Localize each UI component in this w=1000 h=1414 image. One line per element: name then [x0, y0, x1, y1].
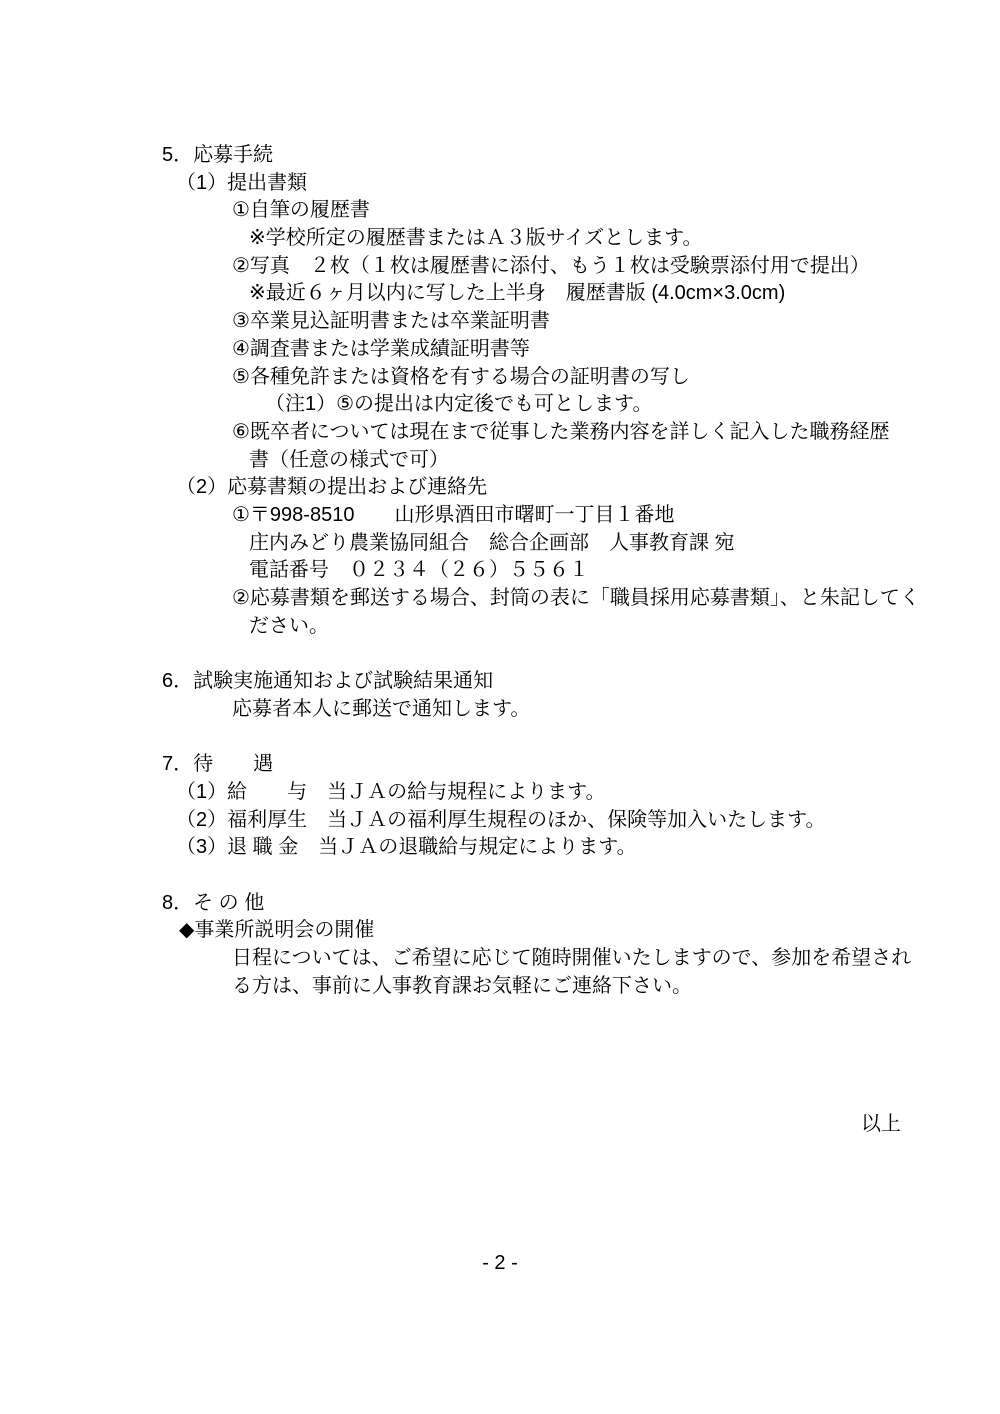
contact-phone-line: 電話番号 ０２３４（２６）５５６１: [0, 557, 1000, 585]
contact-address-line-1: ①〒998-8510 山形県酒田市曙町一丁目１番地: [0, 502, 1000, 530]
section8-heading: 8．そ の 他: [0, 890, 1000, 918]
contact-address-line-2: 庄内みどり農業協同組合 総合企画部 人事教育課 宛: [0, 530, 1000, 558]
submission-doc-item-1: ①自筆の履歴書: [0, 197, 1000, 225]
submission-doc-note-1: ※学校所定の履歴書またはＡ３版サイズとします。: [0, 225, 1000, 253]
submission-doc-item-6: ⑥既卒者については現在まで従事した業務内容を詳しく記入した職務経歴: [0, 419, 1000, 447]
submission-doc-note-3: （注1）⑤の提出は内定後でも可とします。: [0, 391, 1000, 419]
mailing-note-line-1: ②応募書類を郵送する場合、封筒の表に「職員採用応募書類」、と朱記してく: [0, 585, 1000, 613]
blank-line: [0, 723, 1000, 751]
page-number: - 2 -: [0, 1250, 1000, 1278]
submission-doc-item-6-cont: 書（任意の様式で可）: [0, 447, 1000, 475]
blank-space: [0, 1139, 1000, 1250]
section5-heading: 5．応募手続: [0, 142, 1000, 170]
section5-sub1-heading: （1）提出書類: [0, 170, 1000, 198]
treatment-item-salary: （1）給 与 当ＪＡの給与規程によります。: [0, 779, 1000, 807]
closing-text: 以上: [0, 1111, 1000, 1139]
submission-doc-item-5: ⑤各種免許または資格を有する場合の証明書の写し: [0, 364, 1000, 392]
submission-doc-item-4: ④調査書または学業成績証明書等: [0, 336, 1000, 364]
mailing-note-line-2: ださい。: [0, 613, 1000, 641]
info-session-heading: ◆事業所説明会の開催: [0, 917, 1000, 945]
submission-doc-item-2: ②写真 ２枚（１枚は履歴書に添付、もう１枚は受験票添付用で提出）: [0, 253, 1000, 281]
document-page: 5．応募手続 （1）提出書類 ①自筆の履歴書 ※学校所定の履歴書またはＡ３版サイ…: [0, 0, 1000, 1414]
treatment-item-welfare: （2）福利厚生 当ＪＡの福利厚生規程のほか、保険等加入いたします。: [0, 807, 1000, 835]
submission-doc-item-3: ③卒業見込証明書または卒業証明書: [0, 308, 1000, 336]
info-session-body-line-2: る方は、事前に人事教育課お気軽にご連絡下さい。: [0, 973, 1000, 1001]
section6-heading: 6．試験実施通知および試験結果通知: [0, 668, 1000, 696]
section6-body: 応募者本人に郵送で通知します。: [0, 696, 1000, 724]
info-session-body-line-1: 日程については、ご希望に応じて随時開催いたしますので、参加を希望され: [0, 945, 1000, 973]
blank-space: [0, 1000, 1000, 1111]
blank-line: [0, 640, 1000, 668]
section7-heading: 7．待 遇: [0, 751, 1000, 779]
blank-line: [0, 862, 1000, 890]
treatment-item-retirement: （3）退 職 金 当ＪＡの退職給与規定によります。: [0, 834, 1000, 862]
section5-sub2-heading: （2）応募書類の提出および連絡先: [0, 474, 1000, 502]
submission-doc-note-2: ※最近６ヶ月以内に写した上半身 履歴書版 (4.0cm×3.0cm): [0, 280, 1000, 308]
